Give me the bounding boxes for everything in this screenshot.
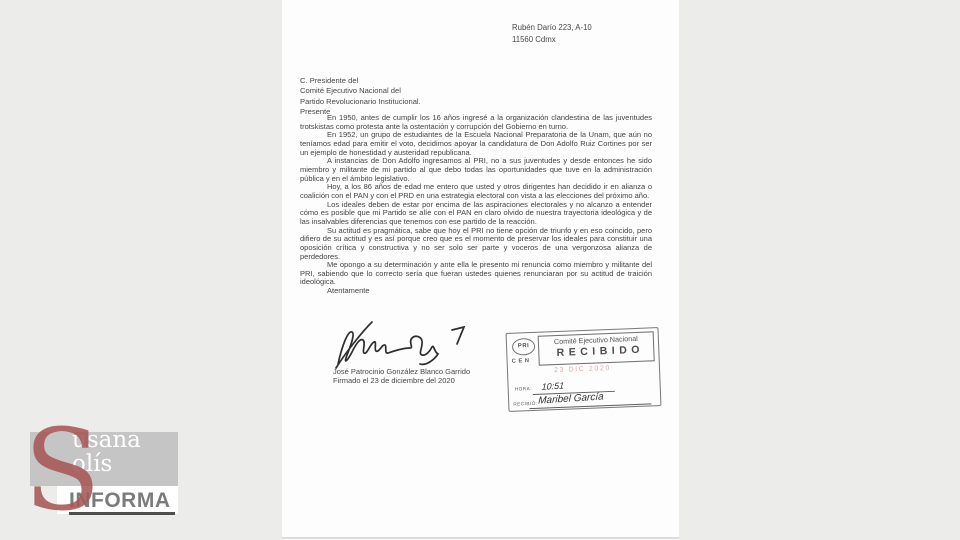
return-address-line: Rubén Darío 223, A-10 [512, 22, 592, 34]
letter-page: Rubén Darío 223, A-10 11560 Cdmx C. Pres… [282, 0, 679, 540]
signer-name: José Patrocinio González Blanco Garrido [333, 367, 470, 376]
stamp-date-red: 23 DIC 2020 [554, 365, 611, 374]
letter-paragraph: Me opongo a su determinación y ante ella… [300, 261, 652, 287]
letter-paragraph: En 1952, un grupo de estudiantes de la E… [300, 131, 652, 157]
recipient-line: C. Presidente del [300, 76, 421, 86]
letter-paragraph: A instancias de Don Adolfo ingresamos al… [300, 157, 652, 183]
recipient-line: Partido Revolucionario Institucional. [300, 97, 421, 107]
page-bottom-edge [282, 537, 679, 539]
signer-block: José Patrocinio González Blanco Garrido … [333, 367, 470, 386]
pri-logo: PRI [512, 338, 536, 356]
recipient-line: Comité Ejecutivo Nacional del [300, 86, 421, 96]
letter-body: En 1950, antes de cumplir los 16 años in… [300, 114, 652, 296]
return-address-line: 11560 Cdmx [512, 34, 592, 46]
letter-closing: Atentamente [300, 287, 652, 296]
recibio-label: RECIBIÓ: [513, 402, 537, 408]
letter-paragraph: En 1950, antes de cumplir los 16 años in… [300, 114, 652, 131]
stamp-inner-box: Comité Ejecutivo Nacional RECIBIDO [538, 331, 655, 365]
received-stamp: PRI CEN Comité Ejecutivo Nacional RECIBI… [506, 327, 662, 412]
letter-paragraph: Hoy, a los 86 años de edad me entero que… [300, 183, 652, 200]
recipient-block: C. Presidente del Comité Ejecutivo Nacio… [300, 76, 421, 117]
hora-value: 10:51 [541, 380, 564, 392]
cen-label: CEN [512, 358, 532, 365]
signature-ink [322, 318, 472, 372]
screenshot-canvas: Rubén Darío 223, A-10 11560 Cdmx C. Pres… [0, 0, 960, 540]
hora-label: HORA: [515, 387, 532, 393]
letter-paragraph: Los ideales deben de estar por encima de… [300, 201, 652, 227]
letter-paragraph: Su actitud es pragmática, sabe que hoy e… [300, 227, 652, 262]
signed-date: Firmado el 23 de diciembre del 2020 [333, 376, 470, 385]
return-address: Rubén Darío 223, A-10 11560 Cdmx [512, 22, 592, 45]
logo-big-s: S [24, 424, 101, 518]
